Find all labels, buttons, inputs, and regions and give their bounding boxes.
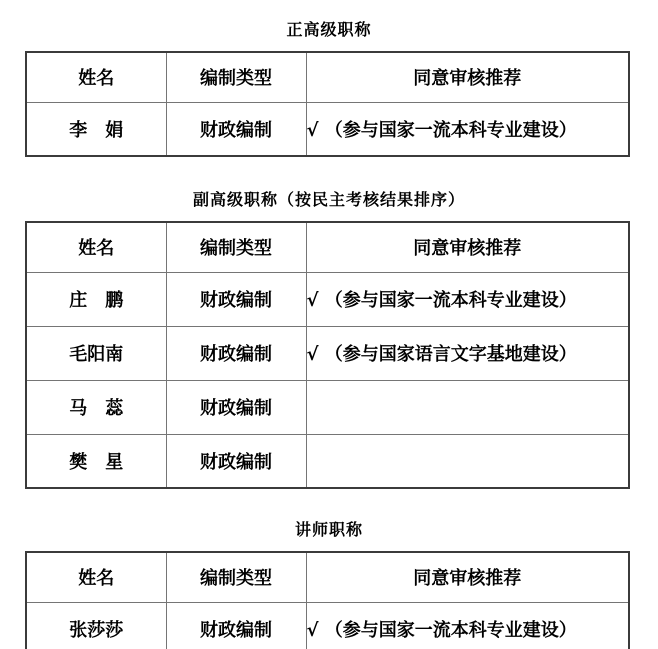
table-row: 李 娟 财政编制 √ （参与国家一流本科专业建设）: [26, 102, 629, 156]
cell-type: 财政编制: [166, 272, 306, 326]
section-title: 副高级职称（按民主考核结果排序）: [0, 157, 658, 221]
section-lecturer-title: 讲师职称 姓名 编制类型 同意审核推荐 张莎莎 财政编制 √ （参与国家一流本科…: [0, 489, 658, 649]
cell-name: 张莎莎: [26, 602, 166, 649]
roster-table-deputy-senior: 姓名 编制类型 同意审核推荐 庄 鹏 财政编制 √ （参与国家一流本科专业建设）…: [25, 221, 630, 489]
cell-name: 樊 星: [26, 434, 166, 488]
section-title: 讲师职称: [0, 489, 658, 551]
document-page: 正高级职称 姓名 编制类型 同意审核推荐 李 娟 财政编制 √ （参与国家一流本…: [0, 0, 658, 649]
header-type: 编制类型: [166, 52, 306, 102]
table-row: 毛阳南 财政编制 √ （参与国家语言文字基地建设）: [26, 326, 629, 380]
roster-table-senior: 姓名 编制类型 同意审核推荐 李 娟 财政编制 √ （参与国家一流本科专业建设）: [25, 51, 630, 157]
header-type: 编制类型: [166, 552, 306, 602]
cell-recommend: √ （参与国家一流本科专业建设）: [306, 272, 629, 326]
section-deputy-senior-title: 副高级职称（按民主考核结果排序） 姓名 编制类型 同意审核推荐 庄 鹏 财政编制…: [0, 157, 658, 489]
header-name: 姓名: [26, 222, 166, 272]
cell-recommend: [306, 434, 629, 488]
cell-name: 庄 鹏: [26, 272, 166, 326]
table-header-row: 姓名 编制类型 同意审核推荐: [26, 222, 629, 272]
header-recommend: 同意审核推荐: [306, 52, 629, 102]
cell-recommend: √ （参与国家一流本科专业建设）: [306, 102, 629, 156]
table-header-row: 姓名 编制类型 同意审核推荐: [26, 52, 629, 102]
table-row: 张莎莎 财政编制 √ （参与国家一流本科专业建设）: [26, 602, 629, 649]
cell-recommend: √ （参与国家一流本科专业建设）: [306, 602, 629, 649]
cell-type: 财政编制: [166, 602, 306, 649]
table-row: 马 蕊 财政编制: [26, 380, 629, 434]
table-row: 樊 星 财政编制: [26, 434, 629, 488]
cell-name: 李 娟: [26, 102, 166, 156]
table-row: 庄 鹏 财政编制 √ （参与国家一流本科专业建设）: [26, 272, 629, 326]
cell-name: 马 蕊: [26, 380, 166, 434]
cell-type: 财政编制: [166, 102, 306, 156]
roster-table-lecturer: 姓名 编制类型 同意审核推荐 张莎莎 财政编制 √ （参与国家一流本科专业建设）: [25, 551, 630, 649]
header-name: 姓名: [26, 552, 166, 602]
cell-type: 财政编制: [166, 380, 306, 434]
section-senior-title: 正高级职称 姓名 编制类型 同意审核推荐 李 娟 财政编制 √ （参与国家一流本…: [0, 0, 658, 157]
header-name: 姓名: [26, 52, 166, 102]
table-header-row: 姓名 编制类型 同意审核推荐: [26, 552, 629, 602]
header-recommend: 同意审核推荐: [306, 222, 629, 272]
cell-type: 财政编制: [166, 434, 306, 488]
cell-type: 财政编制: [166, 326, 306, 380]
cell-name: 毛阳南: [26, 326, 166, 380]
header-recommend: 同意审核推荐: [306, 552, 629, 602]
section-title: 正高级职称: [0, 0, 658, 51]
header-type: 编制类型: [166, 222, 306, 272]
cell-recommend: [306, 380, 629, 434]
cell-recommend: √ （参与国家语言文字基地建设）: [306, 326, 629, 380]
